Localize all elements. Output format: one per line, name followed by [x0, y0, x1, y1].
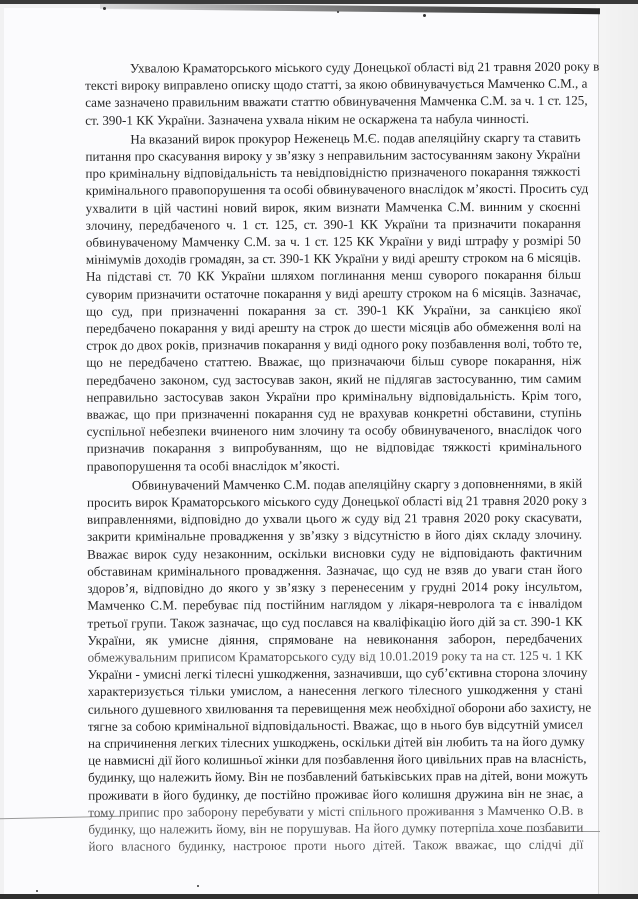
text-line: кримінального правопорушення та особі об… [41, 180, 581, 200]
text-line: ст. 390-1 КК України. Зазначена ухвала н… [40, 109, 580, 129]
text-line: третьої групи. Також зазначає, що суд по… [42, 612, 582, 632]
text-line: України, як умисне діяння, спрямоване на… [42, 629, 582, 649]
scan-speck [197, 885, 199, 887]
text-line: суворим призначити остаточне покарання у… [41, 283, 581, 303]
text-line: закрити кримінальне провадження у зв’язк… [42, 526, 582, 546]
scan-speck [337, 11, 339, 13]
text-line: Мамченко С.М. перебуває під постійним на… [42, 595, 582, 615]
text-line: Вважає вирок суду незаконним, оскільки в… [42, 543, 582, 563]
scan-margin-strip [596, 0, 638, 899]
text-line: призначив покарання з випробуванням, що … [42, 438, 582, 458]
text-line: сильного душевного хвилювання та перевищ… [43, 698, 583, 718]
text-line: що не передбачено статтею. Вважає, що пр… [41, 352, 581, 372]
text-line: будинку, що належить йому. Він не позбав… [43, 767, 583, 787]
text-line: саме зазначено правильним вважати статтю… [40, 92, 580, 112]
paragraph-ruling-correction: Ухвалою Краматорського міського суду Дон… [40, 58, 580, 129]
paragraph-prosecutor-appeal: На вказаний вирок прокурор Неженець М.Є.… [40, 128, 581, 474]
scan-bottom-edge [0, 894, 638, 899]
text-line: характеризується тільки умислом, а нанес… [43, 681, 583, 701]
document-body: Ухвалою Краматорського міського суду Дон… [40, 58, 583, 858]
text-line: ухвалити в цій частині новий вирок, яким… [41, 197, 581, 217]
scan-top-edge [0, 0, 638, 4]
text-line: тягне за собою кримінальної відповідальн… [43, 715, 583, 735]
text-line: проживати в його будинку, де постійно пр… [43, 784, 583, 804]
staple-mark [423, 14, 426, 17]
text-line: його власного будинку, настроює проти нь… [43, 836, 583, 856]
paragraph-defendant-appeal: Обвинувачений Мамченко С.М. подав апеляц… [42, 475, 584, 856]
staple-mark [103, 7, 106, 10]
scan-speck [36, 890, 38, 892]
text-line: правопорушення та особі внаслідок м’якос… [42, 455, 582, 475]
text-line: передбачено законом, суд застосував зако… [41, 369, 581, 389]
text-line: На підставі ст. 70 КК України шляхом пог… [41, 266, 581, 286]
